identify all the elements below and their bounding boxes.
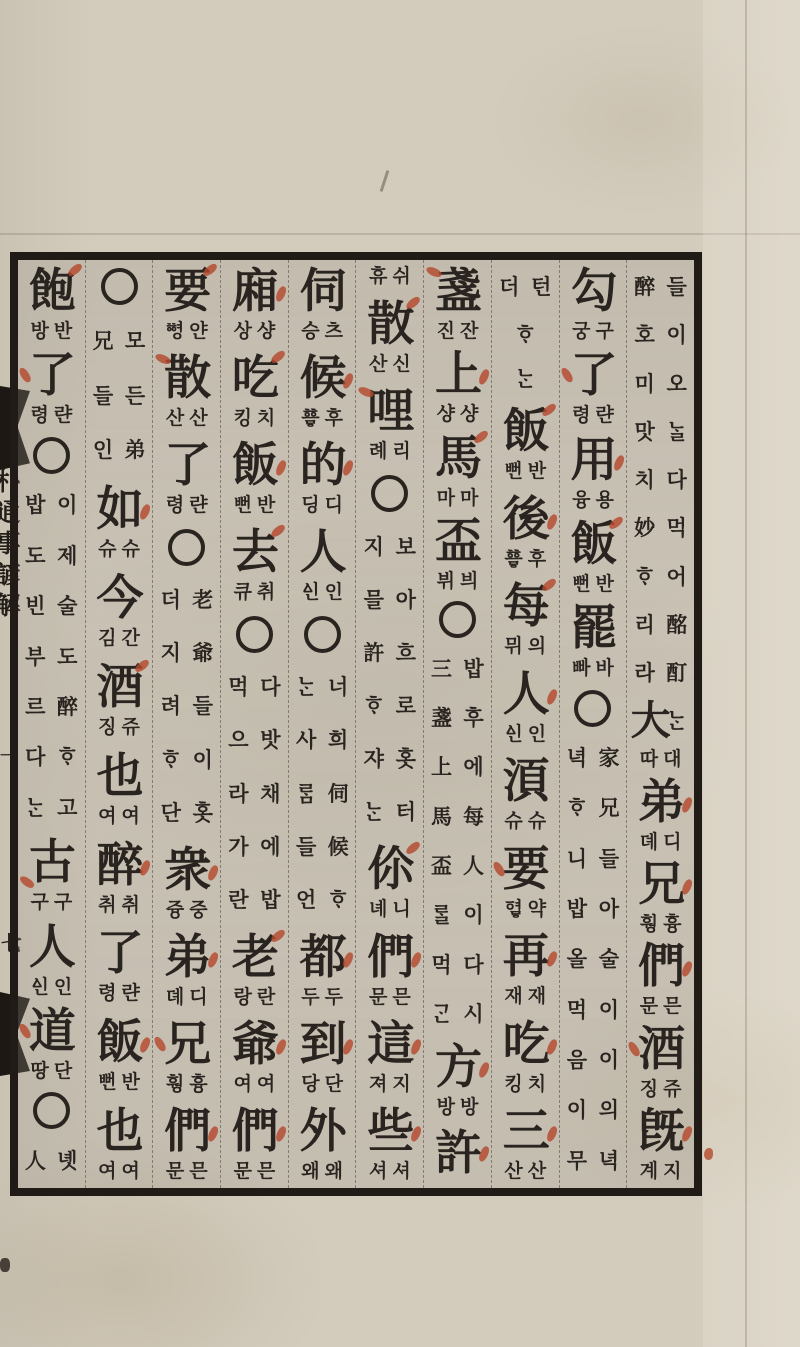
translation-pair-row: ᄂᆞᆫ너 [289, 665, 356, 709]
hanja-character: 勾 [560, 265, 627, 320]
reading-syllable: 슈 [98, 538, 116, 561]
reading-syllable: 믄 [392, 986, 410, 1009]
translation-pair-row: 부도 [18, 635, 85, 679]
hanja-block: 勾궁구 [560, 265, 627, 343]
left-gloss: 인 [89, 428, 117, 472]
hangul-readings: 례리 [356, 440, 423, 463]
translation-pair-row: 려들 [153, 684, 220, 728]
reading-syllable: 간 [122, 627, 140, 650]
reading-syllable: 구 [30, 891, 48, 914]
left-gloss: ᄅᆞᆯ [428, 893, 456, 937]
text-columns: 醉들호이미오맛ᄂᆞᆯ치다妙먹ᄒᆞ어리酩라酊大ᄂᆞᆫ따대弟뎨디兄훵흉們문믄酒징쥬旣… [18, 260, 694, 1188]
right-gloss: 에 [460, 745, 488, 789]
reading-syllable: 산 [189, 407, 207, 430]
reading-syllable: 뻔 [98, 1071, 116, 1094]
reading-syllable: 훵 [640, 913, 658, 936]
hanja-block: 再재재 [492, 930, 559, 1008]
reading-syllable: ᅘᅳᇢ [504, 548, 522, 571]
text-column-1: 醉들호이미오맛ᄂᆞᆯ치다妙먹ᄒᆞ어리酩라酊大ᄂᆞᆫ따대弟뎨디兄훵흉們문믄酒징쥬旣… [626, 260, 694, 1188]
reading-syllable: 융 [572, 489, 590, 512]
translation-pair-row: 인弟 [86, 428, 153, 472]
hanja-block: 爺여여 [221, 1018, 288, 1096]
hanja-block: 馬마마 [424, 432, 491, 510]
translation-pair-row: 밥이 [18, 483, 85, 527]
reading-syllable: 지 [392, 1073, 410, 1096]
reading-syllable: 령 [166, 494, 184, 517]
translation-pair-row: ᄒᆞ兄 [560, 786, 627, 830]
reading-syllable: 단 [325, 1073, 343, 1096]
hanja-block: 盞진잔 [424, 265, 491, 343]
reading-syllable: ᅀᅵᆫ [504, 723, 522, 746]
hangul-readings: 뻔반 [560, 573, 627, 596]
left-gloss: ᄒᆞ [563, 786, 591, 830]
hangul-readings: 징쥬 [627, 1078, 694, 1101]
left-gloss: 니 [563, 837, 591, 881]
reading-syllable: 셔 [392, 1160, 410, 1183]
translation-pair-row: ᄂᆞᆫ터 [356, 790, 423, 834]
right-gloss: 醉 [53, 685, 81, 729]
reading-syllable: 용 [595, 489, 613, 512]
left-gloss: 妙 [631, 506, 659, 550]
hanja-block: 了령랸 [560, 349, 627, 427]
right-gloss: 의 [595, 1088, 623, 1132]
hangul-readings: 큐취 [221, 581, 288, 604]
translation-pair-row: 쟈홋 [356, 737, 423, 781]
left-gloss: 더 [495, 265, 523, 309]
reading-syllable: 인 [325, 581, 343, 604]
translation-pair-row: 음이 [560, 1038, 627, 1082]
translation-pair-row: 먹이 [560, 988, 627, 1032]
translation-pair-row: 지爺 [153, 631, 220, 675]
reading-syllable: 랸 [595, 404, 613, 427]
right-gloss: 이 [189, 738, 217, 782]
reading-syllable: 중 [189, 899, 207, 922]
hanja-block: 飽방반 [18, 265, 85, 343]
reading-syllable: 흉 [663, 913, 681, 936]
reading-syllable: 져 [369, 1073, 387, 1096]
hanja-block: 了령랸 [153, 439, 220, 517]
reading-syllable: 땅 [30, 1060, 48, 1083]
right-gloss: 도 [53, 635, 81, 679]
hanja-block: 這져지 [356, 1018, 423, 1096]
hanja-block: 些셔셔 [356, 1105, 423, 1183]
reading-syllable: 대 [663, 748, 681, 772]
right-gloss: 弟 [121, 428, 149, 472]
right-gloss: ᄂᆞᆫ [663, 699, 691, 743]
reading-syllable: 믄 [189, 1160, 207, 1183]
left-gloss: 盞 [428, 696, 456, 740]
right-gloss: 보 [392, 525, 420, 569]
stray-mark [380, 170, 390, 192]
translation-pair-row: 미오 [627, 362, 694, 406]
reading-syllable: 디 [663, 831, 681, 854]
left-gloss: 으 [224, 718, 252, 762]
translation-pair-row: 妙먹 [627, 506, 694, 550]
left-gloss: 兄 [89, 319, 117, 363]
reading-syllable: 믄 [257, 1160, 275, 1183]
text-column-9: 兄모들든인弟如슈슈今김간酒징쥬也여여醉취취了령랸飯뻔반也여여 [85, 260, 153, 1188]
hangul-readings: 져지 [356, 1073, 423, 1096]
hanja-character: 了 [86, 927, 153, 982]
reading-syllable: 딩 [301, 494, 319, 517]
right-gloss: 시 [460, 992, 488, 1036]
reading-syllable: ᅘᅳᇢ [301, 407, 319, 430]
hanja-block: 許 [424, 1125, 491, 1183]
hanja-block: 三산산 [492, 1105, 559, 1183]
right-gloss: 酊 [663, 651, 691, 695]
reading-syllable: 킹 [504, 1073, 522, 1096]
reading-syllable: 니 [392, 898, 410, 921]
reading-syllable: ᅀᅵᆫ [30, 976, 48, 999]
reading-syllable: 후 [528, 548, 546, 571]
hanja-character: 人 [18, 921, 85, 976]
right-gloss: 술 [53, 584, 81, 628]
reading-syllable: 큐 [234, 581, 252, 604]
reading-syllable: 왜 [325, 1160, 343, 1183]
right-gloss: 턴 [527, 265, 555, 309]
translation-pair-row: 더턴 [492, 265, 559, 309]
right-gloss: 홋 [189, 791, 217, 835]
translation-pair-row: 大ᄂᆞᆫ [627, 699, 694, 743]
left-gloss: 盃 [428, 844, 456, 888]
hangul-readings: 방반 [18, 320, 85, 343]
translation-pair-row: 단홋 [153, 791, 220, 835]
reading-syllable: 리 [392, 440, 410, 463]
right-gloss: 이 [663, 313, 691, 357]
reading-syllable: 단 [54, 1060, 72, 1083]
hangul-readings: 산산 [492, 1160, 559, 1183]
left-gloss: 무 [563, 1139, 591, 1183]
hanja-block: 了령랸 [86, 927, 153, 1005]
left-gloss: 믈 [360, 578, 388, 622]
reading-syllable: 뻔 [572, 573, 590, 596]
hanja-block: 的딩디 [289, 439, 356, 517]
hangul-readings: 상샹 [221, 320, 288, 343]
reading-syllable: 반 [122, 1071, 140, 1094]
reading-syllable: 의 [528, 635, 546, 658]
translation-pair-row: 니들 [560, 837, 627, 881]
carried-readings: 휴쉬 [356, 265, 423, 289]
right-gloss: 흐 [392, 631, 420, 675]
left-gloss: 들 [89, 374, 117, 418]
translation-pair-row: 먹다 [424, 943, 491, 987]
right-gloss: 아 [392, 578, 420, 622]
right-gloss: 每 [460, 795, 488, 839]
reading-syllable: 디 [189, 986, 207, 1009]
left-gloss: 빈 [21, 584, 49, 628]
hangul-readings: 융용 [560, 489, 627, 512]
left-gloss: 녁 [563, 736, 591, 780]
single-syllable: ᄂᆞᆫ [492, 362, 559, 396]
reading-syllable: 랑 [234, 986, 252, 1009]
right-gloss: 兄 [595, 786, 623, 830]
red-ink-speck [704, 1148, 713, 1160]
hangul-readings: 문믄 [153, 1160, 220, 1183]
hangul-readings: 구구 [18, 891, 85, 914]
paper-top-edge [0, 233, 800, 235]
translation-pair-row: 가에 [221, 825, 288, 869]
left-gloss: 맛 [631, 410, 659, 454]
section-circle-separator [101, 268, 138, 305]
left-gloss: 이 [563, 1088, 591, 1132]
reading-syllable: 쥬 [663, 1078, 681, 1101]
reading-syllable: 여 [257, 1073, 275, 1096]
left-gloss: 르 [21, 685, 49, 729]
hangul-readings: 뎨디 [153, 986, 220, 1009]
reading-syllable: 여 [98, 805, 116, 828]
hanja-character: 今 [86, 572, 153, 627]
left-gloss: 다 [21, 735, 49, 779]
reading-syllable: 샹 [460, 403, 478, 426]
translation-pair-row: 먹다 [221, 665, 288, 709]
translation-pair-row: 들候 [289, 825, 356, 869]
hanja-character: 了 [153, 439, 220, 494]
reading-syllable: 문 [166, 1160, 184, 1183]
translation-pair-row: 馬每 [424, 795, 491, 839]
hanja-block: 伺승츠 [289, 265, 356, 343]
reading-syllable: 여 [98, 1160, 116, 1183]
left-gloss: 밥 [21, 483, 49, 527]
right-gloss: 녁 [595, 1139, 623, 1183]
left-gloss: ᄒᆞ [631, 555, 659, 599]
reading-syllable: 계 [640, 1160, 658, 1183]
reading-syllable: 셔 [369, 1160, 387, 1183]
text-column-5: 휴쉬散산신哩례리지보믈아許흐ᄒᆞ로쟈홋ᄂᆞᆫ터伱녜니們문믄這져지些셔셔 [355, 260, 423, 1188]
left-gloss: ᄂᆞᆫ [21, 786, 49, 830]
translation-pair-row: 들든 [86, 374, 153, 418]
reading-syllable: 디 [325, 494, 343, 517]
right-gloss: 伺 [324, 772, 352, 816]
left-gloss: 馬 [428, 795, 456, 839]
translation-pair-row: 盞후 [424, 696, 491, 740]
translation-pair-row: 上에 [424, 745, 491, 789]
section-circle-separator [371, 475, 408, 512]
hanja-block: 方방방 [424, 1041, 491, 1119]
right-gloss: 모 [121, 319, 149, 363]
reading-syllable: 취 [122, 894, 140, 917]
right-gloss: 든 [121, 374, 149, 418]
hangul-readings: 당단 [289, 1073, 356, 1096]
reading-syllable: 산 [369, 353, 387, 376]
hanja-block: 吃킹치 [221, 352, 288, 430]
reading-syllable: 마 [437, 487, 455, 510]
translation-pair-row: 맛ᄂᆞᆯ [627, 410, 694, 454]
translation-pair-row: 兄모 [86, 319, 153, 363]
hangul-readings: ᅘᅳᇢ후 [492, 548, 559, 571]
hangul-readings: 여여 [86, 1160, 153, 1183]
hanja-block: 要ᅙᅧᇢ약 [492, 843, 559, 921]
right-gloss: ᄒᆞ [324, 878, 352, 922]
translation-pair-row: 란밥 [221, 878, 288, 922]
left-gloss: 란 [224, 878, 252, 922]
left-gloss: ᄂᆞᆫ [360, 790, 388, 834]
left-gloss: 醉 [631, 265, 659, 309]
hanja-block: 弟뎨디 [153, 931, 220, 1009]
hanja-block: 們문믄 [153, 1105, 220, 1183]
hangul-readings: 승츠 [289, 320, 356, 343]
reading-syllable: ᅘᅧᆼ [166, 320, 184, 343]
translation-pair-row: 호이 [627, 313, 694, 357]
hanja-block: 每뮈의 [492, 580, 559, 658]
reading-syllable: 문 [234, 1160, 252, 1183]
right-gloss: 이 [595, 988, 623, 1032]
hanja-block: 廂상샹 [221, 265, 288, 343]
hanja-block: 都두두 [289, 931, 356, 1009]
reading-syllable: 두 [325, 986, 343, 1009]
reading-syllable: 슈 [504, 810, 522, 833]
reading-syllable: 슈 [122, 538, 140, 561]
reading-syllable: 방 [460, 1096, 478, 1119]
right-gloss: 들 [663, 265, 691, 309]
translation-pair-row: 언ᄒᆞ [289, 878, 356, 922]
hanja-character: 盃 [424, 515, 491, 570]
right-gloss: 아 [595, 887, 623, 931]
hangul-readings: 징쥬 [86, 716, 153, 739]
reading-syllable: 휴 [369, 265, 387, 289]
right-gloss: 이 [460, 893, 488, 937]
section-circle-separator [236, 616, 273, 653]
hangul-readings: 훵흉 [627, 913, 694, 936]
hanja-block: 外왜왜 [289, 1105, 356, 1183]
right-gloss: 로 [392, 684, 420, 728]
left-gloss: 호 [631, 313, 659, 357]
hangul-readings: 뮈의 [492, 635, 559, 658]
reading-syllable: 산 [528, 1160, 546, 1183]
hangul-readings: 딩디 [289, 494, 356, 517]
hangul-readings: 산신 [356, 353, 423, 376]
right-gloss: 다 [460, 943, 488, 987]
hangul-readings: 김간 [86, 627, 153, 650]
right-gloss: 爺 [189, 631, 217, 675]
reading-syllable: 샹 [437, 403, 455, 426]
text-column-7: 廂상샹吃킹치飯뻔반去큐취먹다으밧라채가에란밥老랑란爺여여們문믄 [220, 260, 288, 1188]
hanja-block: 伱녜니 [356, 843, 423, 921]
translation-pair-row: 리酩 [627, 603, 694, 647]
hanja-block: 今김간 [86, 572, 153, 650]
translation-pair-row: 許흐 [356, 631, 423, 675]
hangul-readings: 취취 [86, 894, 153, 917]
hangul-readings: 뻔반 [492, 460, 559, 483]
left-gloss: 려 [157, 684, 185, 728]
hangul-readings: 셔셔 [356, 1160, 423, 1183]
right-gloss: 밥 [460, 647, 488, 691]
translation-pair-row: ᄒᆞ로 [356, 684, 423, 728]
reading-syllable: 구 [54, 891, 72, 914]
reading-syllable: 김 [98, 627, 116, 650]
right-gloss: 술 [595, 937, 623, 981]
text-column-8: 要ᅘᅧᆼ얀散산산了령랸더老지爺려들ᄒᆞ이단홋衆즁중弟뎨디兄훵흉們문믄 [152, 260, 220, 1188]
hangul-readings: 뻔반 [221, 494, 288, 517]
hangul-readings: 궁구 [560, 320, 627, 343]
reading-syllable: 랸 [189, 494, 207, 517]
reading-syllable: 쥬 [122, 716, 140, 739]
text-column-4: 盞진잔上샹샹馬마마盃뷔븨三밥盞후上에馬每盃人ᄅᆞᆯ이먹다ᄀᆞᆫ시方방방許 [423, 260, 491, 1188]
reading-syllable: 취 [257, 581, 275, 604]
reading-syllable: 승 [301, 320, 319, 343]
hangul-readings: 슈슈 [86, 538, 153, 561]
translation-pair-row: 치다 [627, 458, 694, 502]
hangul-readings: 훵흉 [153, 1073, 220, 1096]
hanja-block: 飯뻔반 [86, 1016, 153, 1094]
left-gloss: ᄀᆞᆫ [428, 992, 456, 1036]
right-gloss: 들 [595, 837, 623, 881]
right-gloss: 먹 [663, 506, 691, 550]
carried-readings: 따대 [627, 748, 694, 772]
hanja-block: 們문믄 [356, 931, 423, 1009]
section-circle-separator [439, 601, 476, 638]
reading-syllable: 재 [528, 985, 546, 1008]
translation-pair-row: 믈아 [356, 578, 423, 622]
reading-syllable: 반 [54, 320, 72, 343]
reading-syllable: 취 [98, 894, 116, 917]
hangul-readings: 여여 [221, 1073, 288, 1096]
left-gloss: ᄒᆞ [360, 684, 388, 728]
hanja-block: 道땅단 [18, 1005, 85, 1083]
reading-syllable: 당 [301, 1073, 319, 1096]
left-gloss: 먹 [428, 943, 456, 987]
left-gloss: 지 [157, 631, 185, 675]
dark-edge-speck [0, 1258, 10, 1272]
hangul-readings: 녜니 [356, 898, 423, 921]
reading-syllable: 문 [640, 995, 658, 1018]
translation-pair-row: 올술 [560, 937, 627, 981]
text-column-3: 더턴ᄒᆞᄂᆞᆫ飯뻔반後ᅘᅳᇢ후每뮈의人ᅀᅵᆫ인湏슈슈要ᅙᅧᇢ약再재재吃킹치三산산 [491, 260, 559, 1188]
hangul-readings: 슈슈 [492, 810, 559, 833]
right-gloss: 老 [189, 578, 217, 622]
reading-syllable: 산 [166, 407, 184, 430]
translation-pair-row: 빈술 [18, 584, 85, 628]
left-gloss: ᄅᆞᆷ [292, 772, 320, 816]
hangul-readings: 랑란 [221, 986, 288, 1009]
reading-syllable: 킹 [234, 407, 252, 430]
translation-pair-row: ᄀᆞᆫ시 [424, 992, 491, 1036]
reading-syllable: 븨 [460, 570, 478, 593]
hanja-block: 醉취취 [86, 839, 153, 917]
hanja-block: 們문믄 [221, 1105, 288, 1183]
hangul-readings: 문믄 [627, 995, 694, 1018]
text-column-6: 伺승츠候ᅘᅳᇢ후的딩디人ᅀᅵᆫ인ᄂᆞᆫ너사희ᄅᆞᆷ伺들候언ᄒᆞ都두두到당단外왜왜 [288, 260, 356, 1188]
reading-syllable: 빠 [572, 657, 590, 680]
translation-pair-row: ᄒᆞ이 [153, 738, 220, 782]
translation-pair-row: 녁家 [560, 736, 627, 780]
hanja-block: 弟뎨디 [627, 776, 694, 854]
reading-syllable: 뎨 [640, 831, 658, 854]
left-gloss: 리 [631, 603, 659, 647]
left-gloss: 도 [21, 534, 49, 578]
hanja-block: 到당단 [289, 1018, 356, 1096]
hanja-block: 散산신 [356, 298, 423, 376]
right-gloss: 酩 [663, 603, 691, 647]
hangul-readings: ᅀᅵᆫ인 [289, 581, 356, 604]
hanja-block: 酒징쥬 [86, 661, 153, 739]
reading-syllable: 궁 [572, 320, 590, 343]
left-gloss: 라 [224, 772, 252, 816]
reading-syllable: 랸 [122, 982, 140, 1005]
reading-syllable: ᅙᅧᇢ [504, 898, 522, 921]
hanja-block: 如슈슈 [86, 483, 153, 561]
left-gloss: 許 [360, 631, 388, 675]
reading-syllable: 신 [392, 353, 410, 376]
hangul-readings: 뎨디 [627, 831, 694, 854]
hangul-readings: 산산 [153, 407, 220, 430]
translation-pair-row: 盃人 [424, 844, 491, 888]
translation-pair-row: 르醉 [18, 685, 85, 729]
translation-pair-row: 三밥 [424, 647, 491, 691]
left-gloss: 부 [21, 635, 49, 679]
translation-pair-row: 밥아 [560, 887, 627, 931]
reading-syllable: 재 [504, 985, 522, 1008]
hanja-block: 旣계지 [627, 1105, 694, 1183]
